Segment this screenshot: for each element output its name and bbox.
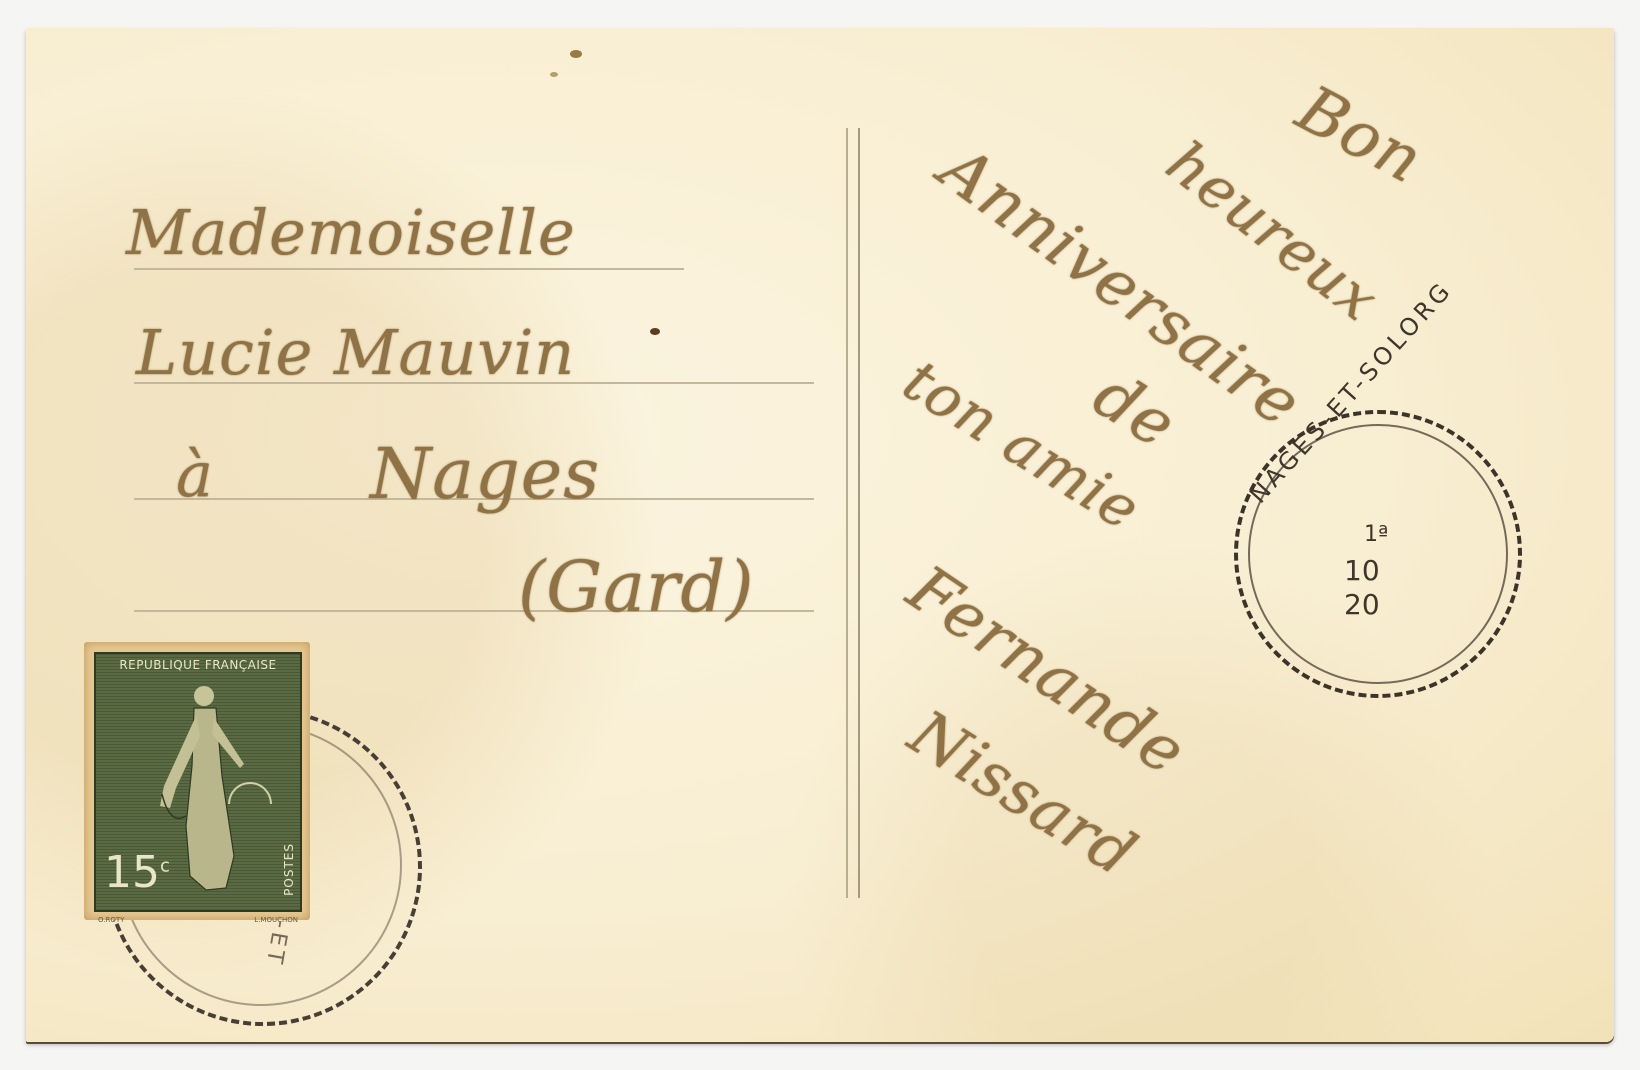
postcard: Mademoiselle Lucie Mauvin à Nages (Gard)…: [26, 28, 1614, 1042]
center-divider: [846, 128, 860, 898]
postmark-right-day: 10: [1344, 554, 1380, 587]
stamp-country: REPUBLIQUE FRANÇAISE: [96, 658, 300, 672]
address-line-3-prefix: à: [176, 438, 214, 511]
address-line-3-town: Nages: [370, 433, 600, 515]
address-line-4: (Gard): [518, 546, 755, 628]
message-word-4: de: [1081, 358, 1189, 464]
postage-stamp: REPUBLIQUE FRANÇAISE 15c POSTES O.ROTY L…: [84, 642, 310, 920]
ink-speck: [550, 72, 558, 77]
stamp-postes-label: POSTES: [282, 843, 296, 896]
message-word-1: Bon: [1285, 72, 1434, 198]
ink-speck: [570, 50, 582, 58]
postmark-right-year: 20: [1344, 588, 1380, 621]
address-line-2: Lucie Mauvin: [136, 316, 575, 389]
stamp-value: 15c: [104, 847, 170, 898]
address-line-1: Mademoiselle: [126, 196, 576, 269]
stamp-designer: O.ROTY: [98, 916, 124, 924]
postmark-right-time: 1ª: [1364, 522, 1388, 547]
stamp-engraver: L.MOUCHON: [254, 916, 298, 924]
stamp-face: REPUBLIQUE FRANÇAISE 15c POSTES O.ROTY L…: [94, 652, 302, 912]
ink-speck: [650, 328, 660, 335]
